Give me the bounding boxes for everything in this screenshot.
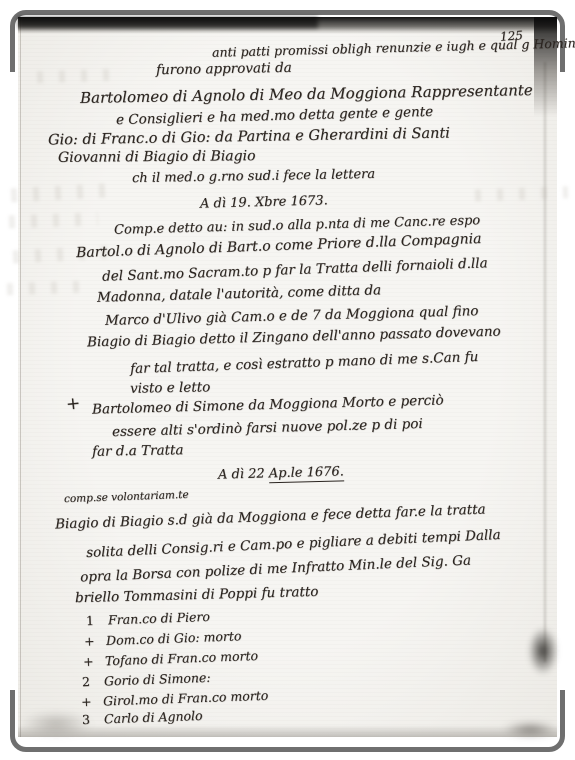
scanned-document: 125 anti patti promissi obligh renunzie …	[0, 0, 575, 760]
list-item: +Dom.co di Gio: morto	[84, 629, 242, 648]
manuscript-line: anti patti promissi obligh renunzie e iu…	[212, 36, 575, 59]
entry-date: A dì 22 Ap.le 1676.	[218, 465, 344, 483]
list-marker: 2	[82, 674, 104, 689]
manuscript-line: Madonna, datale l'autorità, come ditta d…	[97, 283, 381, 305]
list-item: +Tofano di Fran.co morto	[83, 649, 258, 669]
list-item-text: Girol.mo di Fran.co morto	[103, 688, 269, 709]
manuscript-line: Biagio di Biagio detto il Zingano dell'a…	[87, 325, 501, 351]
list-item: 1Fran.co di Piero	[86, 610, 210, 628]
margin-note: comp.se volontariam.te	[64, 490, 189, 506]
list-marker: +	[84, 634, 106, 649]
entry-date-underlined: Ap.le 1676.	[269, 464, 344, 483]
cross-marker: +	[65, 394, 81, 414]
manuscript-line: del Sant.mo Sacram.to p far la Tratta de…	[102, 256, 488, 284]
list-item-text: Gorio di Simone:	[104, 670, 211, 689]
list-item-text: Carlo di Agnolo	[104, 708, 203, 726]
list-item: 2Gorio di Simone:	[82, 671, 211, 689]
manuscript-line: Giovanni di Biagio di Biagio	[58, 149, 256, 166]
list-item-text: Fran.co di Piero	[108, 609, 210, 628]
list-marker: 3	[82, 712, 104, 727]
manuscript-line: furono approvati da	[156, 61, 292, 78]
list-marker: +	[83, 654, 105, 669]
manuscript-line: Biagio di Biagio s.d già da Moggiona e f…	[55, 502, 486, 532]
handwriting-layer: 125 anti patti promissi obligh renunzie …	[0, 0, 575, 760]
manuscript-line: Bartolomeo di Simone da Moggiona Morto e…	[92, 393, 444, 417]
list-item-text: Tofano di Fran.co morto	[105, 648, 258, 668]
entry-date: A dì 19. Xbre 1673.	[200, 194, 328, 212]
manuscript-line: ch il med.o g.rno sud.i fece la lettera	[132, 168, 375, 187]
list-item: +Girol.mo di Fran.co morto	[81, 689, 269, 709]
manuscript-line: briello Tommasini di Poppi fu tratto	[75, 585, 319, 606]
list-marker: 1	[86, 613, 108, 628]
entry-date-prefix: A dì 22	[218, 466, 269, 482]
manuscript-line: e Consiglieri e ha med.mo detta gente e …	[116, 105, 433, 128]
list-item-text: Dom.co di Gio: morto	[106, 628, 242, 648]
manuscript-line: far tal tratta, e così estratto p mano d…	[130, 350, 479, 377]
manuscript-line: visto e letto	[130, 380, 211, 396]
list-item: 3Carlo di Agnolo	[82, 709, 203, 727]
manuscript-line: essere alti s'ordinò farsi nuove pol.ze …	[112, 417, 423, 440]
manuscript-line: far d.a Tratta	[92, 443, 184, 459]
manuscript-line: Bartolomeo di Agnolo di Meo da Moggiona …	[80, 82, 533, 106]
list-marker: +	[81, 695, 103, 710]
manuscript-line: Gio: di Franc.o di Gio: da Partina e Ghe…	[48, 126, 450, 149]
